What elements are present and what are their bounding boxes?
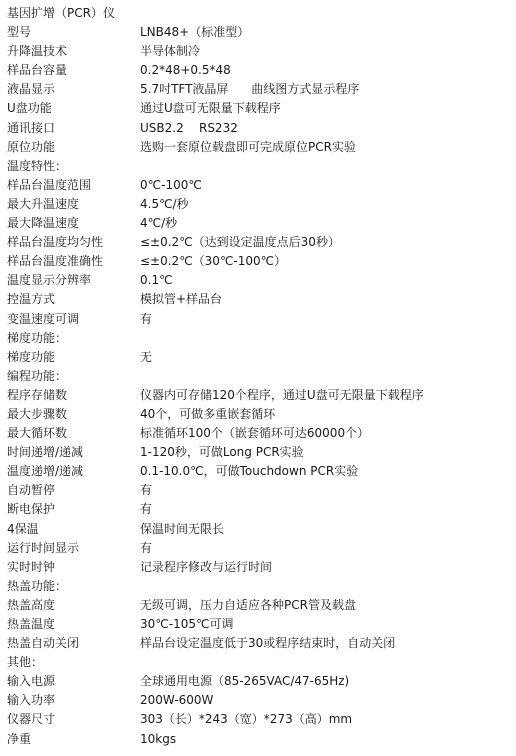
spec-label: U盘功能 [7,99,140,118]
spec-value: 有 [140,539,152,558]
spec-label: 输入功率 [7,691,140,710]
spec-section-header: 温度特性： [7,157,424,176]
spec-value: 0℃-100℃ [140,176,202,195]
spec-section-header: 热盖功能： [7,577,424,596]
spec-table: 基因扩增（PCR）仪 型号LNB48+（标准型）升降温技术半导体制冷样品台容量0… [7,4,424,749]
spec-row: U盘功能通过U盘可无限量下载程序 [7,99,424,118]
spec-value: 无级可调，压力自适应各种PCR管及载盘 [140,596,356,615]
spec-value: 通过U盘可无限量下载程序 [140,99,281,118]
spec-rows: 型号LNB48+（标准型）升降温技术半导体制冷样品台容量0.2*48+0.5*4… [7,23,424,749]
spec-label: 时间递增/递减 [7,443,140,462]
spec-label: 升降温技术 [7,42,140,61]
spec-value: 200W-600W [140,691,213,710]
spec-label: 热盖温度 [7,615,140,634]
spec-value: 全球通用电源（85-265VAC/47-65Hz) [140,672,349,691]
spec-value: 半导体制冷 [140,42,200,61]
spec-section-header: 梯度功能： [7,329,424,348]
spec-row: 通讯接口USB2.2 RS232 [7,119,424,138]
spec-label: 样品台温度范围 [7,176,140,195]
spec-row: 样品台温度均匀性≤±0.2℃（达到设定温度点后30秒） [7,233,424,252]
spec-value: 有 [140,481,152,500]
spec-label: 温度特性： [7,157,140,176]
spec-row: 热盖温度30℃-105℃可调 [7,615,424,634]
spec-value: 模拟管+样品台 [140,290,222,309]
spec-section-header: 其他： [7,653,424,672]
spec-label: 运行时间显示 [7,539,140,558]
spec-value: 303（长）*243（宽）*273（高）mm [140,710,352,729]
spec-value: 记录程序修改与运行时间 [140,558,272,577]
spec-label: 样品台温度准确性 [7,252,140,271]
spec-label: 梯度功能 [7,348,140,367]
spec-label: 最大步骤数 [7,405,140,424]
spec-label: 最大降温速度 [7,214,140,233]
spec-row: 输入功率200W-600W [7,691,424,710]
spec-value: 10kgs [140,730,176,749]
spec-label: 断电保护 [7,500,140,519]
spec-value: 标准循环100个（嵌套循环可达60000个） [140,424,369,443]
spec-label: 变温速度可调 [7,310,140,329]
spec-row: 温度递增/递减0.1-10.0℃，可做Touchdown PCR实验 [7,462,424,481]
spec-row: 升降温技术半导体制冷 [7,42,424,61]
spec-value: 无 [140,348,152,367]
spec-label: 实时时钟 [7,558,140,577]
spec-value: USB2.2 RS232 [140,119,238,138]
spec-label: 热盖功能： [7,577,140,596]
spec-label: 热盖高度 [7,596,140,615]
spec-row: 样品台温度范围0℃-100℃ [7,176,424,195]
spec-row: 最大循环数标准循环100个（嵌套循环可达60000个） [7,424,424,443]
spec-value: 有 [140,310,152,329]
spec-label: 样品台温度均匀性 [7,233,140,252]
spec-row: 最大升温速度4.5℃/秒 [7,195,424,214]
spec-row: 实时时钟记录程序修改与运行时间 [7,558,424,577]
spec-section-header: 编程功能： [7,367,424,386]
spec-row: 原位功能选购一套原位载盘即可完成原位PCR实验 [7,138,424,157]
spec-label: 净重 [7,730,140,749]
spec-value: ≤±0.2℃（30℃-100℃） [140,252,286,271]
spec-row: 热盖高度无级可调，压力自适应各种PCR管及载盘 [7,596,424,615]
spec-value: 仪器内可存储120个程序，通过U盘可无限量下载程序 [140,386,424,405]
spec-label: 最大升温速度 [7,195,140,214]
spec-row: 最大降温速度4℃/秒 [7,214,424,233]
spec-label: 样品台容量 [7,61,140,80]
spec-label: 仪器尺寸 [7,710,140,729]
spec-label: 最大循环数 [7,424,140,443]
spec-value: 0.1-10.0℃，可做Touchdown PCR实验 [140,462,358,481]
spec-value: 0.1℃ [140,271,173,290]
spec-row: 型号LNB48+（标准型） [7,23,424,42]
spec-label: 型号 [7,23,140,42]
spec-value: 4.5℃/秒 [140,195,189,214]
spec-row: 自动暂停有 [7,481,424,500]
spec-row: 样品台容量0.2*48+0.5*48 [7,61,424,80]
spec-title: 基因扩增（PCR）仪 [7,4,115,23]
spec-label: 梯度功能： [7,329,140,348]
spec-row: 变温速度可调有 [7,310,424,329]
spec-value: 样品台设定温度低于30或程序结束时，自动关闭 [140,634,395,653]
spec-row: 温度显示分辨率0.1℃ [7,271,424,290]
spec-value: 有 [140,500,152,519]
spec-label: 自动暂停 [7,481,140,500]
spec-row: 输入电源全球通用电源（85-265VAC/47-65Hz) [7,672,424,691]
spec-value: 4℃/秒 [140,214,177,233]
spec-label: 程序存储数 [7,386,140,405]
spec-value: ≤±0.2℃（达到设定温度点后30秒） [140,233,340,252]
spec-label: 液晶显示 [7,80,140,99]
spec-value: 40个，可做多重嵌套循环 [140,405,275,424]
spec-title-row: 基因扩增（PCR）仪 [7,4,424,23]
spec-label: 输入电源 [7,672,140,691]
spec-row: 断电保护有 [7,500,424,519]
spec-row: 时间递增/递减1-120秒，可做Long PCR实验 [7,443,424,462]
spec-row: 液晶显示5.7吋TFT液晶屏 曲线图方式显示程序 [7,80,424,99]
spec-value: 选购一套原位载盘即可完成原位PCR实验 [140,138,356,157]
spec-label: 热盖自动关闭 [7,634,140,653]
spec-label: 温度显示分辨率 [7,271,140,290]
spec-label: 控温方式 [7,290,140,309]
spec-row: 4保温保温时间无限长 [7,520,424,539]
spec-row: 仪器尺寸303（长）*243（宽）*273（高）mm [7,710,424,729]
spec-value: 1-120秒，可做Long PCR实验 [140,443,304,462]
spec-label: 4保温 [7,520,140,539]
spec-value: 30℃-105℃可调 [140,615,233,634]
spec-row: 程序存储数仪器内可存储120个程序，通过U盘可无限量下载程序 [7,386,424,405]
spec-label: 编程功能： [7,367,140,386]
spec-label: 其他： [7,653,140,672]
spec-value: 5.7吋TFT液晶屏 曲线图方式显示程序 [140,80,359,99]
spec-row: 梯度功能无 [7,348,424,367]
spec-value: 保温时间无限长 [140,520,224,539]
spec-row: 样品台温度准确性≤±0.2℃（30℃-100℃） [7,252,424,271]
spec-row: 控温方式模拟管+样品台 [7,290,424,309]
spec-row: 运行时间显示有 [7,539,424,558]
spec-value: 0.2*48+0.5*48 [140,61,231,80]
spec-value: LNB48+（标准型） [140,23,249,42]
spec-row: 净重10kgs [7,730,424,749]
spec-row: 最大步骤数40个，可做多重嵌套循环 [7,405,424,424]
spec-label: 温度递增/递减 [7,462,140,481]
spec-label: 原位功能 [7,138,140,157]
spec-label: 通讯接口 [7,119,140,138]
spec-row: 热盖自动关闭样品台设定温度低于30或程序结束时，自动关闭 [7,634,424,653]
